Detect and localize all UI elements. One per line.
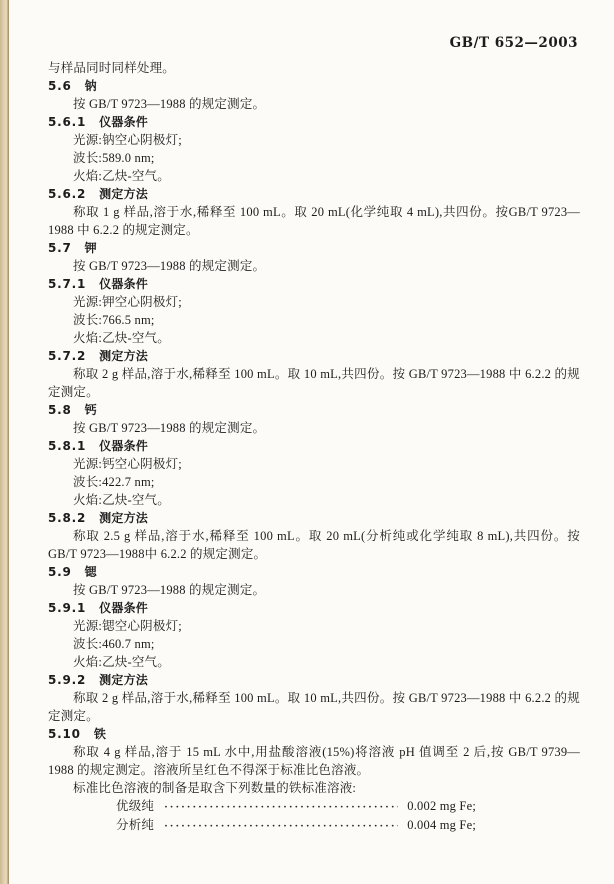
paragraph: 按 GB/T 9723—1988 的规定测定。: [48, 95, 580, 113]
page-header: GB/T 652—2003: [48, 34, 578, 52]
heading-title: 测定方法: [99, 673, 148, 687]
section-heading: 5.8钙: [48, 401, 580, 419]
leader-row: 分析纯0.004 mg Fe;: [48, 816, 476, 835]
leader-value: 0.002 mg Fe;: [407, 797, 476, 815]
heading-title: 铁: [94, 727, 106, 741]
paragraph: 光源:钙空心阴极灯;: [48, 455, 580, 473]
heading-title: 测定方法: [99, 349, 148, 363]
section-heading: 5.9.2测定方法: [48, 671, 580, 689]
paragraph: 称取 2 g 样品,溶于水,稀释至 100 mL。取 10 mL,共四份。按 G…: [48, 365, 580, 401]
paragraph: 火焰:乙炔-空气。: [48, 329, 580, 347]
paragraph: 按 GB/T 9723—1988 的规定测定。: [48, 581, 580, 599]
heading-title: 锶: [85, 565, 97, 579]
paragraph: 标准比色溶液的制备是取含下列数量的铁标准溶液:: [48, 779, 580, 797]
heading-number: 5.9: [48, 565, 72, 579]
paragraph: 与样品同时同样处理。: [48, 59, 580, 77]
section-heading: 5.10铁: [48, 725, 580, 743]
heading-title: 测定方法: [99, 187, 148, 201]
dotted-leader: [164, 816, 398, 835]
paragraph: 按 GB/T 9723—1988 的规定测定。: [48, 257, 580, 275]
section-heading: 5.6.1仪器条件: [48, 113, 580, 131]
heading-number: 5.7: [48, 241, 72, 255]
heading-number: 5.7.1: [48, 277, 86, 291]
dotted-leader: [164, 797, 398, 816]
heading-title: 测定方法: [99, 511, 148, 525]
heading-number: 5.8.2: [48, 511, 86, 525]
heading-title: 仪器条件: [99, 115, 148, 129]
paragraph: 波长:589.0 nm;: [48, 149, 580, 167]
section-heading: 5.8.1仪器条件: [48, 437, 580, 455]
heading-title: 钙: [85, 403, 97, 417]
paragraph: 称取 1 g 样品,溶于水,稀释至 100 mL。取 20 mL(化学纯取 4 …: [48, 203, 580, 239]
section-heading: 5.9锶: [48, 563, 580, 581]
heading-number: 5.6.1: [48, 115, 86, 129]
paragraph: 波长:460.7 nm;: [48, 635, 580, 653]
section-heading: 5.7.1仪器条件: [48, 275, 580, 293]
paragraph: 光源:钠空心阴极灯;: [48, 131, 580, 149]
leader-label: 优级纯: [116, 797, 154, 815]
section-heading: 5.6钠: [48, 77, 580, 95]
section-heading: 5.7钾: [48, 239, 580, 257]
paragraph: 波长:422.7 nm;: [48, 473, 580, 491]
scan-edge: [0, 0, 9, 884]
heading-number: 5.7.2: [48, 349, 86, 363]
paragraph: 光源:锶空心阴极灯;: [48, 617, 580, 635]
leader-row: 优级纯0.002 mg Fe;: [48, 797, 476, 816]
document-content: 与样品同时同样处理。5.6钠按 GB/T 9723—1988 的规定测定。5.6…: [48, 59, 580, 835]
heading-title: 钠: [85, 79, 97, 93]
heading-number: 5.9.2: [48, 673, 86, 687]
paragraph: 火焰:乙炔-空气。: [48, 653, 580, 671]
heading-number: 5.10: [48, 727, 81, 741]
heading-number: 5.8.1: [48, 439, 86, 453]
heading-title: 仪器条件: [99, 277, 148, 291]
paragraph: 光源:钾空心阴极灯;: [48, 293, 580, 311]
heading-title: 钾: [85, 241, 97, 255]
heading-title: 仪器条件: [99, 601, 148, 615]
paragraph: 波长:766.5 nm;: [48, 311, 580, 329]
heading-number: 5.6.2: [48, 187, 86, 201]
leader-value: 0.004 mg Fe;: [407, 816, 476, 834]
heading-number: 5.8: [48, 403, 72, 417]
paragraph: 火焰:乙炔-空气。: [48, 167, 580, 185]
standard-code: GB/T 652—2003: [450, 35, 578, 51]
paragraph: 火焰:乙炔-空气。: [48, 491, 580, 509]
leader-label: 分析纯: [116, 816, 154, 834]
section-heading: 5.7.2测定方法: [48, 347, 580, 365]
heading-title: 仪器条件: [99, 439, 148, 453]
heading-number: 5.9.1: [48, 601, 86, 615]
section-heading: 5.6.2测定方法: [48, 185, 580, 203]
paragraph: 按 GB/T 9723—1988 的规定测定。: [48, 419, 580, 437]
section-heading: 5.8.2测定方法: [48, 509, 580, 527]
paragraph: 称取 4 g 样品,溶于 15 mL 水中,用盐酸溶液(15%)将溶液 pH 值…: [48, 743, 580, 779]
heading-number: 5.6: [48, 79, 72, 93]
paragraph: 称取 2 g 样品,溶于水,稀释至 100 mL。取 10 mL,共四份。按 G…: [48, 689, 580, 725]
section-heading: 5.9.1仪器条件: [48, 599, 580, 617]
paragraph: 称取 2.5 g 样品,溶于水,稀释至 100 mL。取 20 mL(分析纯或化…: [48, 527, 580, 563]
